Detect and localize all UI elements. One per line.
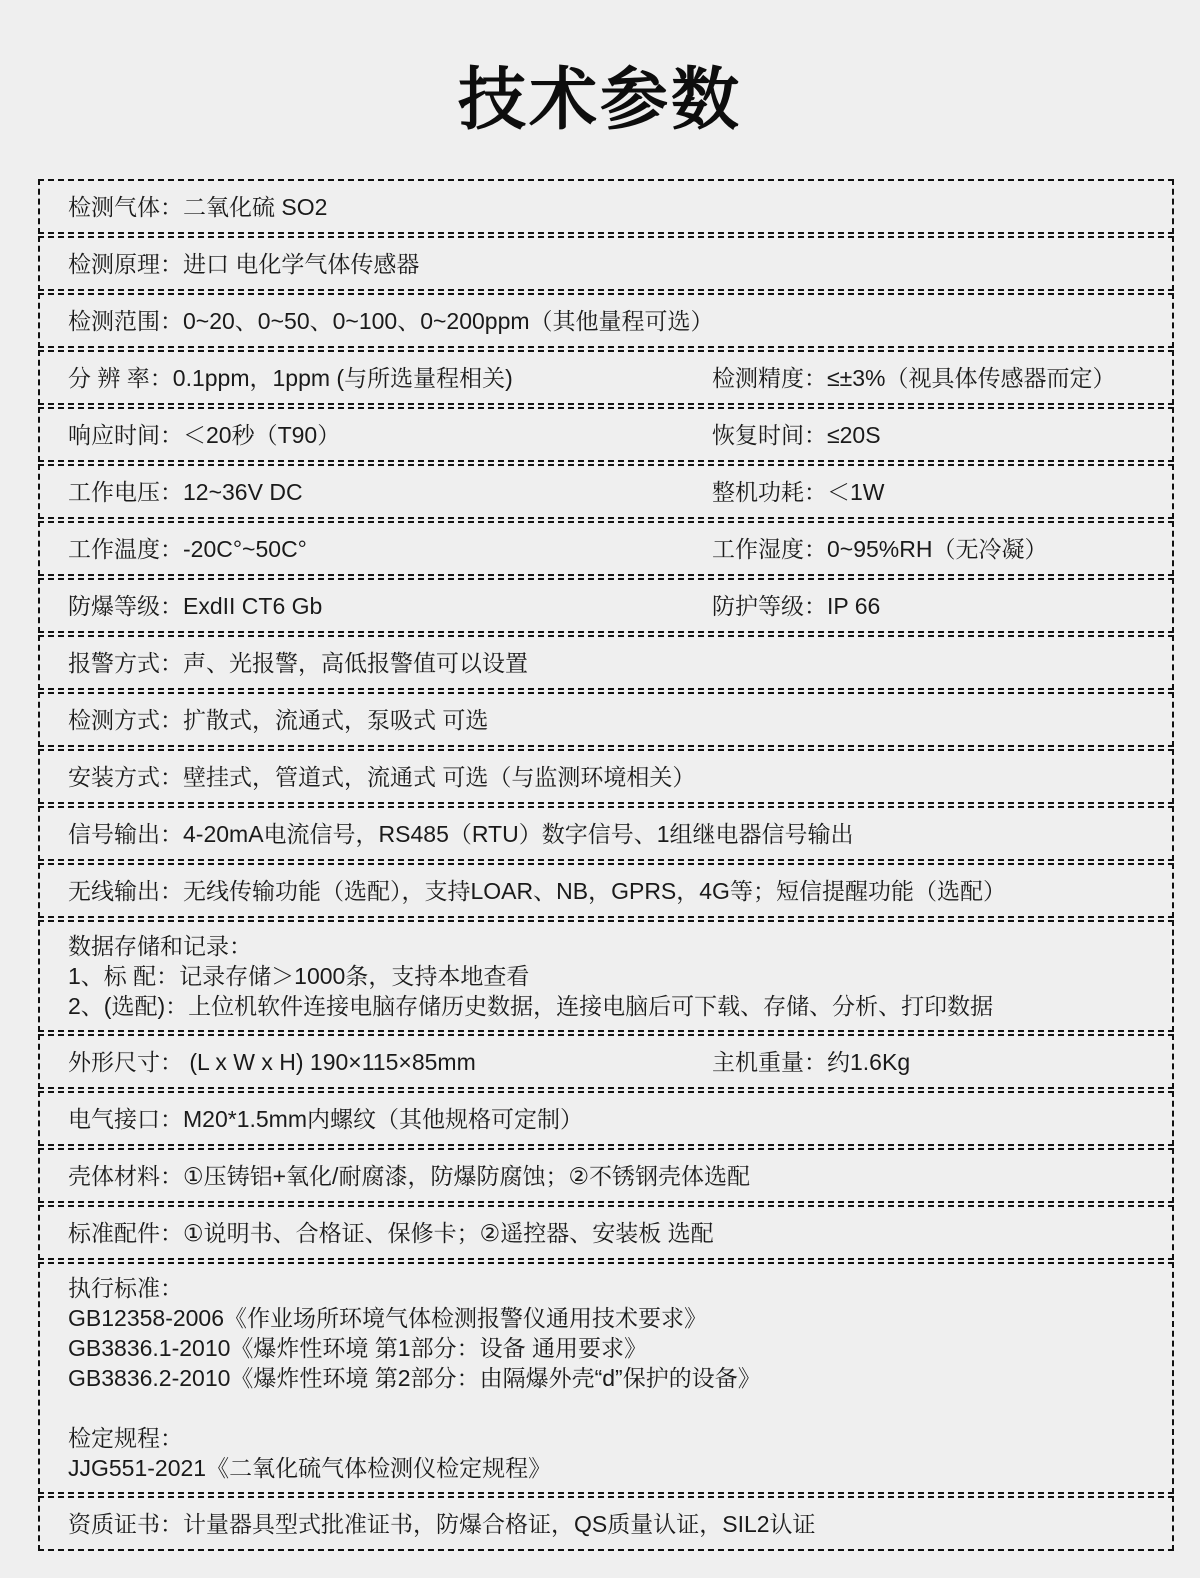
spec-row-standards: 执行标准： GB12358-2006《作业场所环境气体检测报警仪通用技术要求》 … [38, 1262, 1174, 1494]
spec-text-left: 工作温度：-20C°~50C° [68, 534, 307, 564]
spec-row-housing-material: 壳体材料：①压铸铝+氧化/耐腐漆，防爆防腐蚀；②不锈钢壳体选配 [38, 1148, 1174, 1203]
spec-text: 检测气体：二氧化硫 SO2 [68, 192, 327, 222]
spec-table: 检测气体：二氧化硫 SO2 检测原理：进口 电化学气体传感器 检测范围：0~20… [38, 179, 1174, 1551]
spec-text: 检测方式：扩散式，流通式，泵吸式 可选 [68, 705, 488, 735]
spec-text: 检测原理：进口 电化学气体传感器 [68, 249, 419, 279]
spec-line [68, 1393, 1148, 1423]
spec-row-response-recovery-time: 响应时间：＜20秒（T90） 恢复时间：≤20S [38, 407, 1174, 462]
spec-row-wireless-output: 无线输出：无线传输功能（选配），支持LOAR、NB，GPRS，4G等；短信提醒功… [38, 863, 1174, 918]
spec-row-dimensions-weight: 外形尺寸： (L x W x H) 190×115×85mm 主机重量：约1.6… [38, 1034, 1174, 1089]
spec-row-detection-principle: 检测原理：进口 电化学气体传感器 [38, 236, 1174, 291]
spec-text: 安装方式：壁挂式，管道式，流通式 可选（与监测环境相关） [68, 762, 695, 792]
spec-row-detected-gas: 检测气体：二氧化硫 SO2 [38, 179, 1174, 234]
spec-row-data-storage: 数据存储和记录： 1、标 配：记录存储＞1000条，支持本地查看 2、(选配)：… [38, 920, 1174, 1032]
spec-line: JJG551-2021《二氧化硫气体检测仪检定规程》 [68, 1453, 1148, 1483]
spec-row-alarm-mode: 报警方式：声、光报警，高低报警值可以设置 [38, 635, 1174, 690]
spec-row-electrical-interface: 电气接口：M20*1.5mm内螺纹（其他规格可定制） [38, 1091, 1174, 1146]
spec-text: 信号输出：4-20mA电流信号，RS485（RTU）数字信号、1组继电器信号输出 [68, 819, 854, 849]
spec-row-signal-output: 信号输出：4-20mA电流信号，RS485（RTU）数字信号、1组继电器信号输出 [38, 806, 1174, 861]
spec-text-left: 分 辨 率：0.1ppm，1ppm (与所选量程相关) [68, 363, 513, 393]
spec-line: 检定规程： [68, 1423, 1148, 1453]
spec-line: GB3836.1-2010《爆炸性环境 第1部分：设备 通用要求》 [68, 1333, 1148, 1363]
spec-row-temperature-humidity: 工作温度：-20C°~50C° 工作湿度：0~95%RH（无冷凝） [38, 521, 1174, 576]
spec-text-right: 整机功耗：＜1W [712, 477, 885, 507]
spec-text-left: 外形尺寸： (L x W x H) 190×115×85mm [68, 1047, 476, 1077]
spec-row-certifications: 资质证书：计量器具型式批准证书，防爆合格证，QS质量认证，SIL2认证 [38, 1496, 1174, 1551]
spec-line: 1、标 配：记录存储＞1000条，支持本地查看 [68, 961, 1148, 991]
spec-line: 2、(选配)：上位机软件连接电脑存储历史数据，连接电脑后可下载、存储、分析、打印… [68, 991, 1148, 1021]
spec-text-left: 防爆等级：ExdII CT6 Gb [68, 591, 322, 621]
spec-row-detection-mode: 检测方式：扩散式，流通式，泵吸式 可选 [38, 692, 1174, 747]
spec-text: 检测范围：0~20、0~50、0~100、0~200ppm（其他量程可选） [68, 306, 714, 336]
spec-text: 电气接口：M20*1.5mm内螺纹（其他规格可定制） [68, 1104, 583, 1134]
spec-text-right: 恢复时间：≤20S [712, 420, 881, 450]
spec-text-right: 主机重量：约1.6Kg [712, 1047, 910, 1077]
spec-text: 壳体材料：①压铸铝+氧化/耐腐漆，防爆防腐蚀；②不锈钢壳体选配 [68, 1161, 750, 1191]
page-title: 技术参数 [0, 46, 1200, 143]
spec-text: 标准配件：①说明书、合格证、保修卡；②遥控器、安装板 选配 [68, 1218, 714, 1248]
spec-text: 报警方式：声、光报警，高低报警值可以设置 [68, 648, 528, 678]
spec-row-voltage-power: 工作电压：12~36V DC 整机功耗：＜1W [38, 464, 1174, 519]
spec-text: 无线输出：无线传输功能（选配），支持LOAR、NB，GPRS，4G等；短信提醒功… [68, 876, 1006, 906]
spec-text-right: 检测精度：≤±3%（视具体传感器而定） [712, 363, 1116, 393]
spec-line: 数据存储和记录： [68, 931, 1148, 961]
spec-text-left: 工作电压：12~36V DC [68, 477, 303, 507]
spec-row-resolution-accuracy: 分 辨 率：0.1ppm，1ppm (与所选量程相关) 检测精度：≤±3%（视具… [38, 350, 1174, 405]
spec-text-right: 防护等级：IP 66 [712, 591, 880, 621]
spec-line: 执行标准： [68, 1273, 1148, 1303]
spec-row-installation-mode: 安装方式：壁挂式，管道式，流通式 可选（与监测环境相关） [38, 749, 1174, 804]
spec-line: GB3836.2-2010《爆炸性环境 第2部分：由隔爆外壳“d”保护的设备》 [68, 1363, 1148, 1393]
spec-text: 资质证书：计量器具型式批准证书，防爆合格证，QS质量认证，SIL2认证 [68, 1509, 816, 1539]
spec-text-left: 响应时间：＜20秒（T90） [68, 420, 340, 450]
spec-line: GB12358-2006《作业场所环境气体检测报警仪通用技术要求》 [68, 1303, 1148, 1333]
spec-text-right: 工作湿度：0~95%RH（无冷凝） [712, 534, 1047, 564]
spec-row-detection-range: 检测范围：0~20、0~50、0~100、0~200ppm（其他量程可选） [38, 293, 1174, 348]
spec-row-explosion-protection-rating: 防爆等级：ExdII CT6 Gb 防护等级：IP 66 [38, 578, 1174, 633]
spec-row-standard-accessories: 标准配件：①说明书、合格证、保修卡；②遥控器、安装板 选配 [38, 1205, 1174, 1260]
